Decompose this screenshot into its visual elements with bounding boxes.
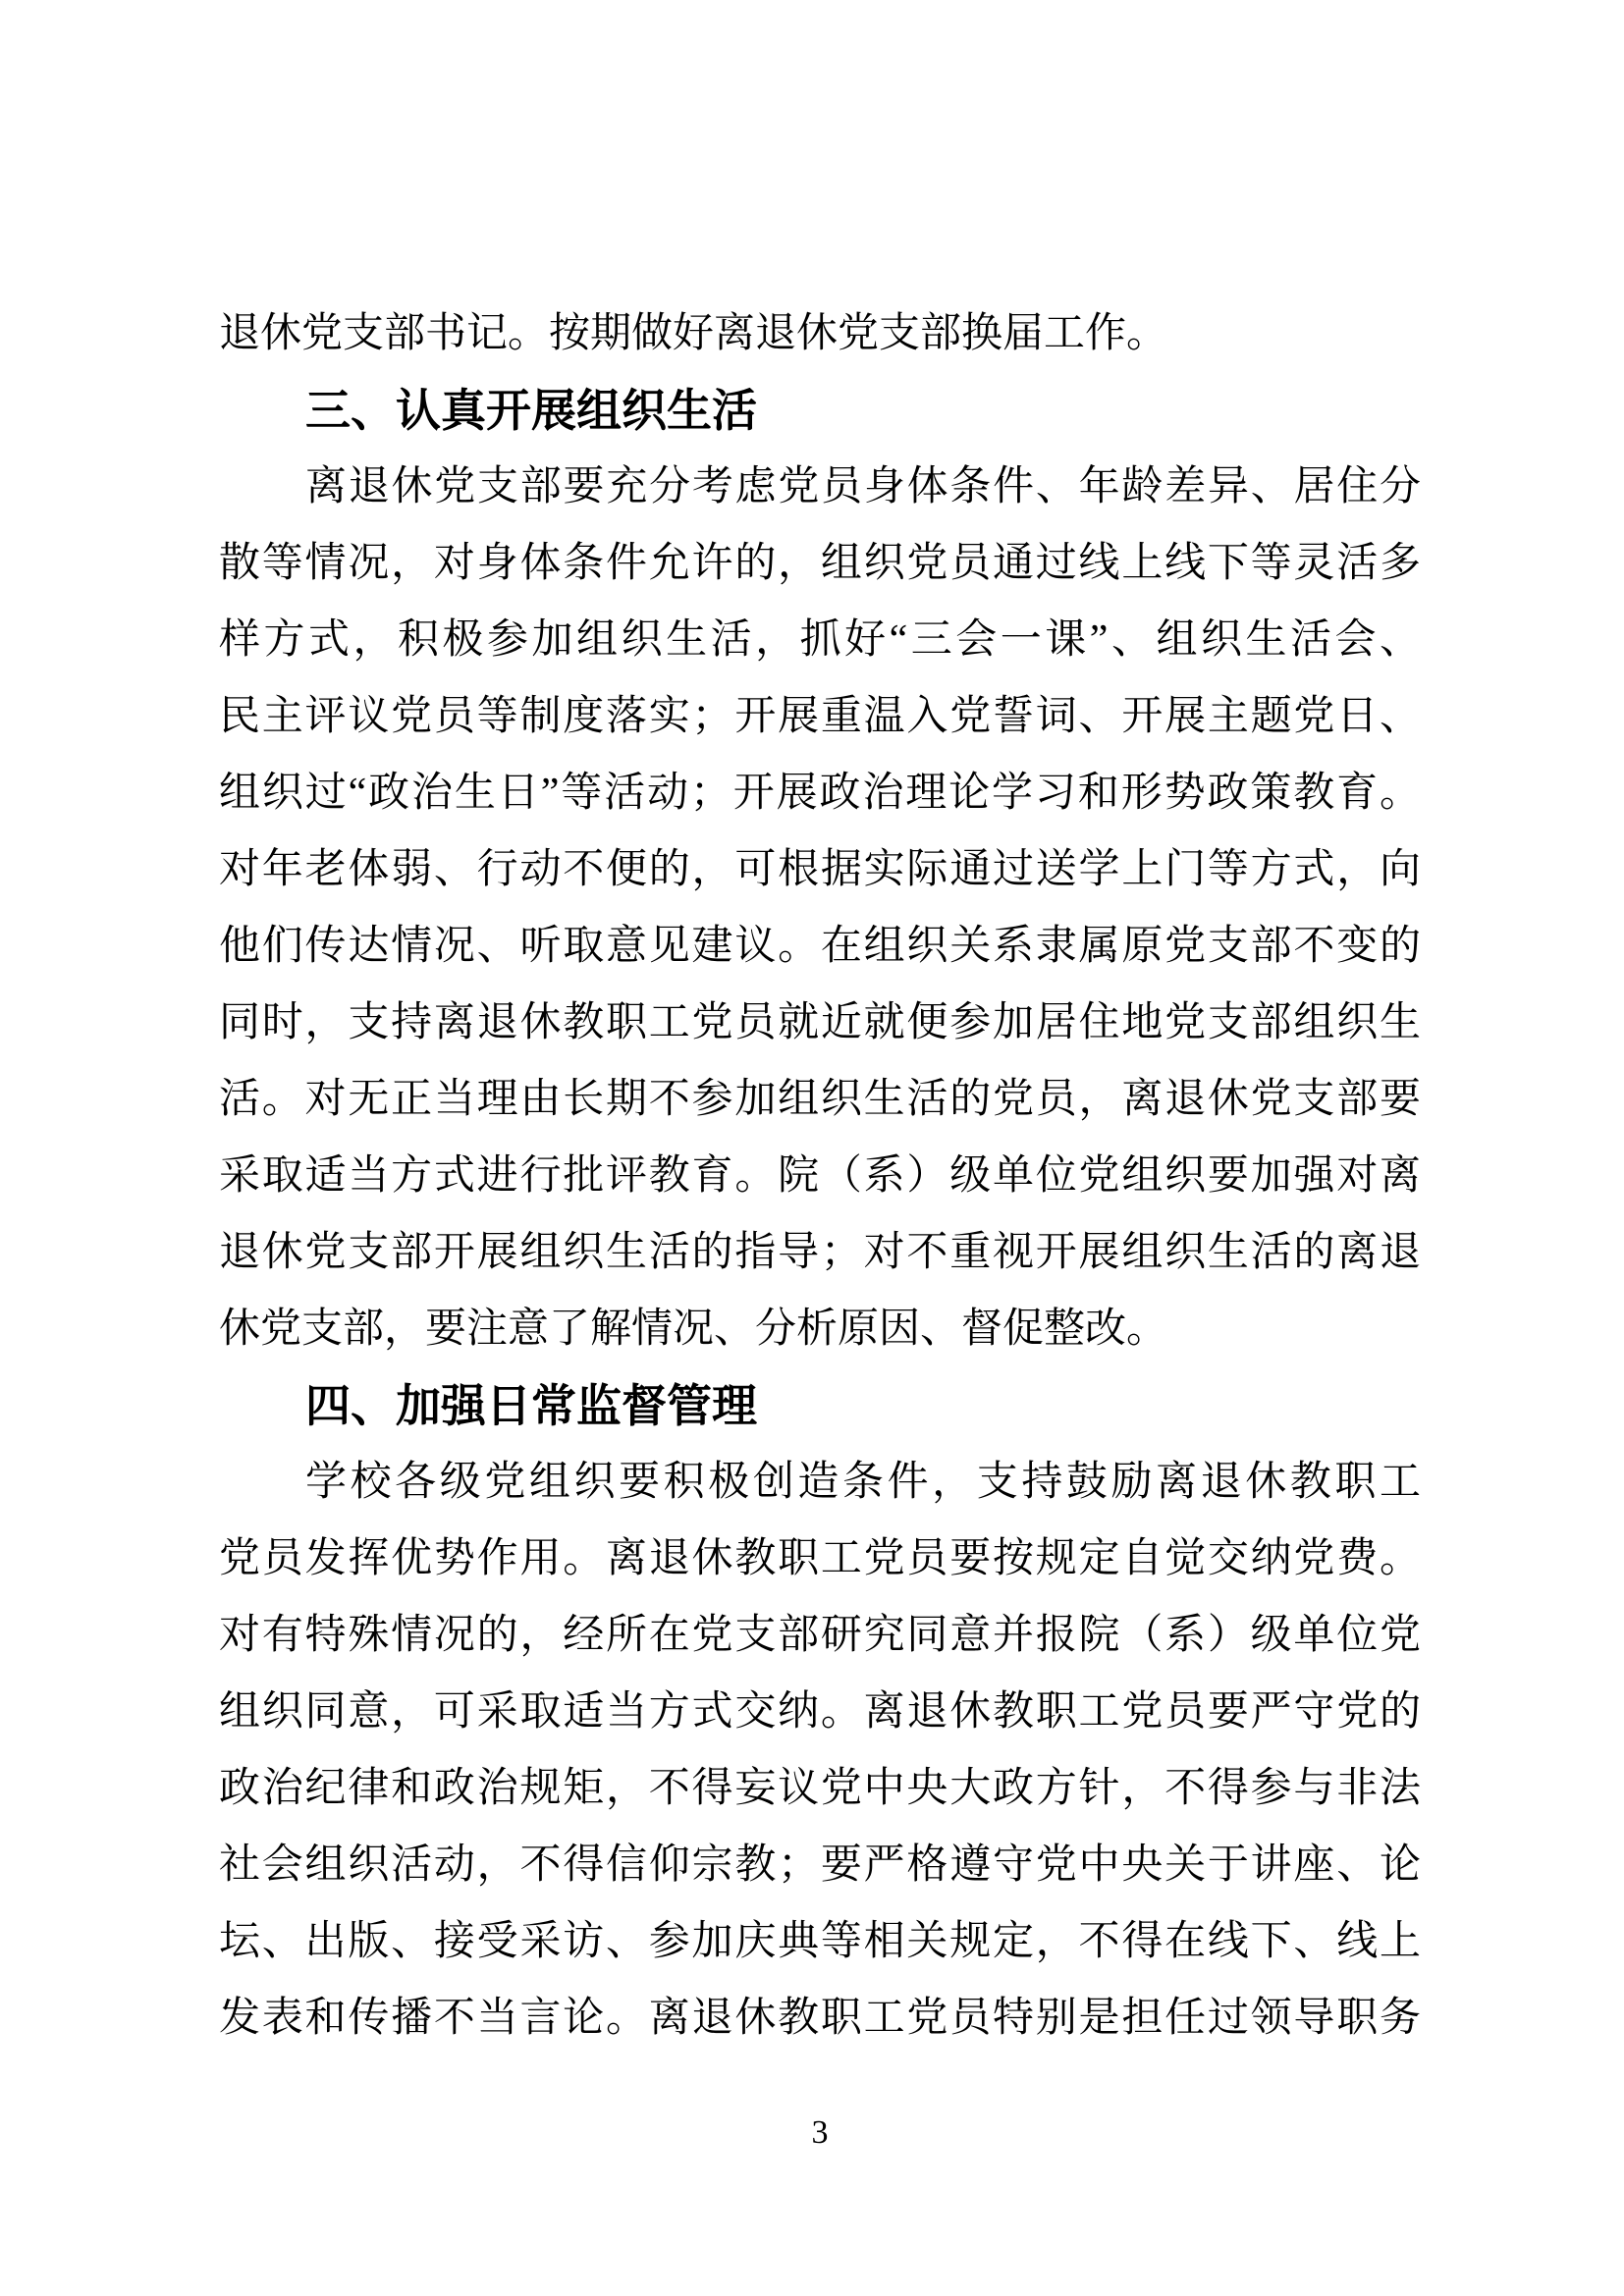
text-line: 对年老体弱、行动不便的，可根据实际通过送学上门等方式，向 — [219, 831, 1421, 908]
section-heading-4: 四、加强日常监督管理 — [219, 1367, 1421, 1444]
text-line: 休党支部，要注意了解情况、分析原因、督促整改。 — [219, 1291, 1421, 1367]
text-line: 发表和传播不当言论。离退休教职工党员特别是担任过领导职务 — [219, 1980, 1421, 2056]
text-line: 他们传达情况、听取意见建议。在组织关系隶属原党支部不变的 — [219, 908, 1421, 985]
text-line: 坛、出版、接受采访、参加庆典等相关规定，不得在线下、线上 — [219, 1903, 1421, 1980]
text-line: 组织同意，可采取适当方式交纳。离退休教职工党员要严守党的 — [219, 1674, 1421, 1750]
page-number: 3 — [219, 2109, 1421, 2158]
text-line: 对有特殊情况的，经所在党支部研究同意并报院（系）级单位党 — [219, 1597, 1421, 1674]
text-line: 党员发挥优势作用。离退休教职工党员要按规定自觉交纳党费。 — [219, 1521, 1421, 1597]
text-line: 政治纪律和政治规矩，不得妄议党中央大政方针，不得参与非法 — [219, 1750, 1421, 1827]
text-line: 散等情况，对身体条件允许的，组织党员通过线上线下等灵活多 — [219, 525, 1421, 602]
text-line: 民主评议党员等制度落实；开展重温入党誓词、开展主题党日、 — [219, 678, 1421, 755]
text-line: 组织过“政治生日”等活动；开展政治理论学习和形势政策教育。 — [219, 755, 1421, 831]
text-line: 活。对无正当理由长期不参加组织生活的党员，离退休党支部要 — [219, 1061, 1421, 1138]
text-line: 同时，支持离退休教职工党员就近就便参加居住地党支部组织生 — [219, 985, 1421, 1061]
section-heading-3: 三、认真开展组织生活 — [219, 372, 1421, 449]
text-block: 退休党支部书记。按期做好离退休党支部换届工作。 三、认真开展组织生活 离退休党支… — [219, 295, 1421, 2056]
text-line: 采取适当方式进行批评教育。院（系）级单位党组织要加强对离 — [219, 1138, 1421, 1214]
text-line: 学校各级党组织要积极创造条件，支持鼓励离退休教职工 — [219, 1444, 1421, 1521]
text-line: 离退休党支部要充分考虑党员身体条件、年龄差异、居住分 — [219, 449, 1421, 525]
text-line: 样方式，积极参加组织生活，抓好“三会一课”、组织生活会、 — [219, 602, 1421, 678]
document-page: 退休党支部书记。按期做好离退休党支部换届工作。 三、认真开展组织生活 离退休党支… — [0, 0, 1624, 2296]
text-line: 社会组织活动，不得信仰宗教；要严格遵守党中央关于讲座、论 — [219, 1827, 1421, 1903]
text-line: 退休党支部书记。按期做好离退休党支部换届工作。 — [219, 295, 1421, 372]
text-line: 退休党支部开展组织生活的指导；对不重视开展组织生活的离退 — [219, 1214, 1421, 1291]
